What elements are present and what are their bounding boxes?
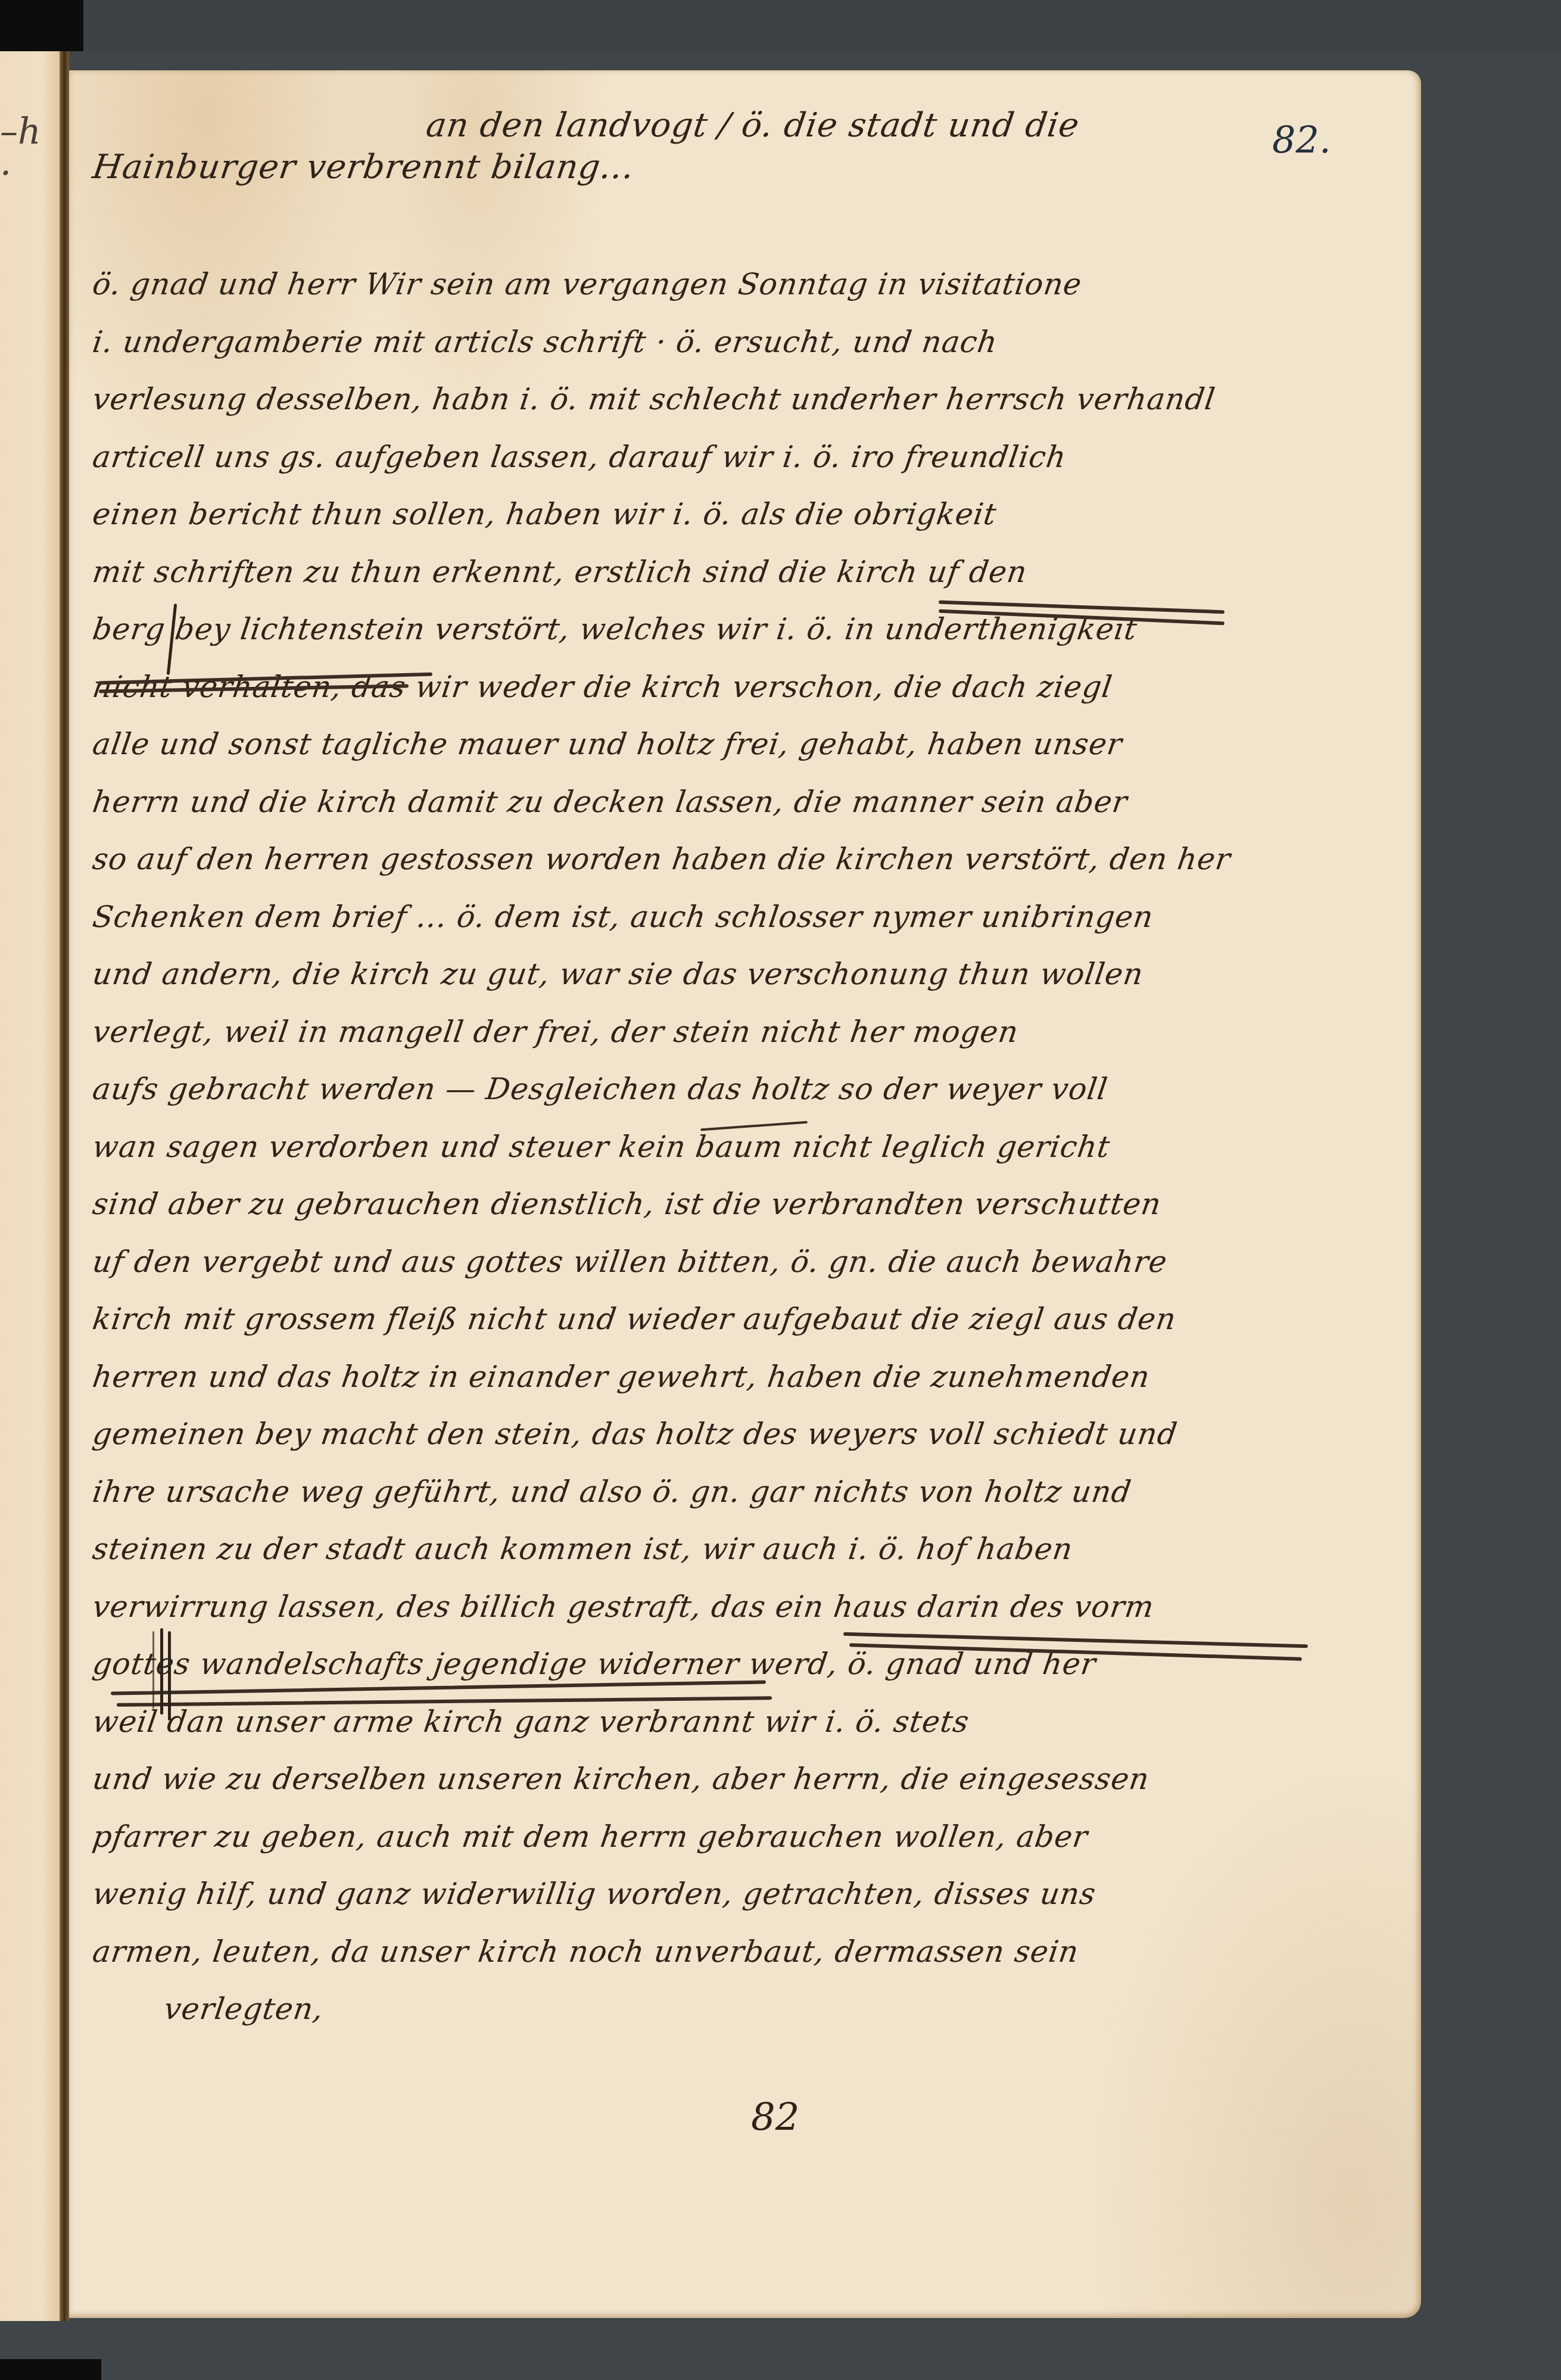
scan-background-top bbox=[0, 0, 1561, 51]
facing-page-edge: –h · bbox=[0, 51, 60, 2321]
body-line: gottes wandelschafts jegendige widerner … bbox=[91, 1647, 1098, 1681]
body-line: weil dan unser arme kirch ganz verbrannt… bbox=[91, 1704, 971, 1739]
body-line: articell uns gs. aufgeben lassen, darauf… bbox=[91, 440, 1068, 474]
body-line: mit schriften zu thun erkennt, erstlich … bbox=[91, 555, 1030, 589]
body-line: kirch mit grossem fleiß nicht und wieder… bbox=[91, 1302, 1179, 1336]
margin-mark-triple-2 bbox=[160, 1628, 163, 1715]
header-line-2: Hainburger verbrennt bilang... bbox=[90, 148, 637, 186]
body-line: aufs gebracht werden — Desgleichen das h… bbox=[91, 1072, 1110, 1106]
body-line: wenig hilf, und ganz widerwillig worden,… bbox=[91, 1877, 1098, 1911]
margin-mark-triple-3 bbox=[168, 1631, 171, 1721]
body-line: armen, leuten, da unser kirch noch unver… bbox=[91, 1934, 1081, 1969]
body-line: Schenken dem brief ... ö. dem ist, auch … bbox=[91, 900, 1156, 934]
body-line: ihre ursache weg geführt, und also ö. gn… bbox=[91, 1474, 1133, 1509]
body-line: verlesung desselben, habn i. ö. mit schl… bbox=[91, 382, 1217, 416]
scan-black-corner-bottom bbox=[0, 2359, 101, 2380]
body-line: steinen zu der stadt auch kommen ist, wi… bbox=[91, 1532, 1075, 1566]
folio-number-bottom: 82 bbox=[751, 2096, 799, 2140]
header-line-1: an den landvogt / ö. die stadt und die bbox=[423, 106, 1082, 145]
body-line: i. undergamberie mit articls schrift · ö… bbox=[91, 325, 1000, 359]
body-line: sind aber zu gebrauchen dienstlich, ist … bbox=[91, 1187, 1164, 1221]
facing-page-ink-fragment: –h · bbox=[0, 111, 60, 194]
body-line: ö. gnad und herr Wir sein am vergangen S… bbox=[91, 267, 1084, 301]
body-line: verlegten, bbox=[162, 1992, 326, 2026]
folio-number-top: 82. bbox=[1272, 118, 1331, 161]
book-gutter bbox=[60, 51, 69, 2321]
body-line: berg bey lichtenstein verstört, welches … bbox=[91, 612, 1139, 646]
body-line: einen bericht thun sollen, haben wir i. … bbox=[91, 497, 999, 531]
body-line: wan sagen verdorben und steuer kein baum… bbox=[91, 1130, 1113, 1164]
body-line: gemeinen bey macht den stein, das holtz … bbox=[91, 1417, 1180, 1451]
underline-4a bbox=[111, 1680, 766, 1695]
manuscript-page: 82. an den landvogt / ö. die stadt und d… bbox=[69, 70, 1421, 2318]
body-line: herrn und die kirch damit zu decken lass… bbox=[91, 785, 1130, 819]
body-line: pfarrer zu geben, auch mit dem herrn geb… bbox=[91, 1819, 1090, 1854]
body-line: und andern, die kirch zu gut, war sie da… bbox=[91, 957, 1146, 991]
body-line: uf den vergebt und aus gottes willen bit… bbox=[91, 1245, 1170, 1279]
scan-black-corner bbox=[0, 0, 83, 51]
body-line: verwirrung lassen, des billich gestraft,… bbox=[91, 1589, 1157, 1624]
body-line: alle und sonst tagliche mauer und holtz … bbox=[91, 727, 1124, 761]
body-line: und wie zu derselben unseren kirchen, ab… bbox=[91, 1762, 1152, 1796]
margin-mark-triple-1 bbox=[152, 1631, 154, 1709]
body-line: so auf den herren gestossen worden haben… bbox=[91, 842, 1233, 876]
body-line: verlegt, weil in mangell der frei, der s… bbox=[91, 1015, 1021, 1049]
body-line: herren und das holtz in einander gewehrt… bbox=[91, 1359, 1152, 1394]
